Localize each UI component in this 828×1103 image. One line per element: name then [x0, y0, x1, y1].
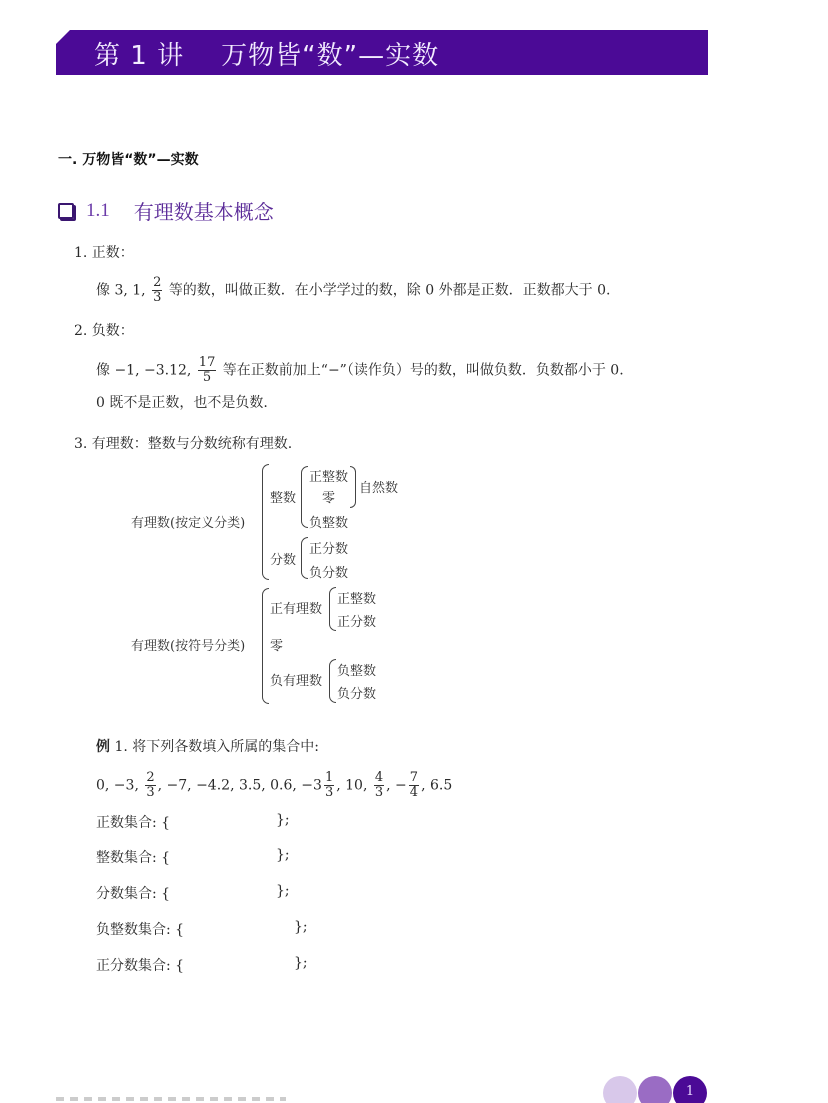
item-2-suffix: 等在正数前加上“−”（读作负）号的数，叫做负数．负数都小于 0. — [223, 363, 624, 379]
denominator: 3 — [145, 786, 155, 800]
set-positive-close: }; — [276, 812, 290, 828]
set-negative-integer-close: }; — [294, 919, 308, 935]
fraction: 23 — [145, 771, 155, 800]
number-text: , 6.5 — [421, 778, 452, 794]
footer-dot-medium — [638, 1076, 672, 1103]
subsection-title: 有理数基本概念 — [134, 196, 274, 225]
subsection-header: 1.1 有理数基本概念 — [58, 196, 274, 225]
chapter-title: 第 1 讲 万物皆“数”—实数 — [94, 35, 439, 72]
tree-node: 零 — [270, 635, 283, 654]
footer-dot-light — [603, 1076, 637, 1103]
tree-leaf: 零 — [322, 487, 335, 506]
square-bullet-icon — [58, 203, 74, 219]
fraction: 23 — [152, 276, 162, 305]
left-brace — [301, 537, 308, 579]
set-fraction-label: 分数集合: { — [96, 883, 170, 903]
page-number-badge: 1 — [673, 1076, 707, 1103]
tree-node: 自然数 — [359, 477, 398, 496]
right-brace — [350, 466, 356, 508]
chapter-banner: 第 1 讲 万物皆“数”—实数 — [56, 30, 708, 75]
left-brace — [301, 466, 308, 528]
example-title: 例 1. 将下列各数填入所属的集合中: — [96, 737, 319, 757]
set-positive-fraction-close: }; — [294, 955, 308, 971]
tree-node: 整数 — [270, 487, 296, 506]
denominator: 5 — [202, 371, 212, 385]
set-integer-close: }; — [276, 847, 290, 863]
item-1-label: 1. 正数： — [74, 243, 134, 263]
number-text: , −7, −4.2, 3.5, 0.6, −3 — [158, 778, 322, 794]
denominator: 3 — [152, 291, 162, 305]
tree-leaf: 正整数 — [337, 588, 376, 607]
section-heading: 一. 万物皆“数”—实数 — [58, 149, 199, 169]
set-negative-integer-label: 负整数集合: { — [96, 919, 184, 939]
set-integer-label: 整数集合: { — [96, 847, 170, 867]
tree-node: 分数 — [270, 549, 296, 568]
fraction: 175 — [198, 356, 217, 385]
tree-leaf: 负整数 — [309, 512, 348, 531]
tree-leaf: 正分数 — [309, 538, 348, 557]
fraction: 13 — [324, 771, 334, 800]
numerator: 1 — [324, 771, 334, 786]
item-2-prefix: 像 −1, −3.12, — [96, 363, 191, 379]
fraction: 74 — [409, 771, 419, 800]
set-positive-fraction-label: 正分数集合: { — [96, 955, 184, 975]
tree-node: 负有理数 — [270, 670, 322, 689]
numerator: 17 — [198, 356, 217, 371]
footer-text — [56, 1097, 286, 1101]
item-1-prefix: 像 3, 1, — [96, 283, 146, 299]
set-fraction-close: }; — [276, 883, 290, 899]
number-text: , − — [386, 778, 407, 794]
item-3-label: 3. 有理数：整数与分数统称有理数. — [74, 434, 292, 454]
example-instruction: 1. 将下列各数填入所属的集合中: — [110, 739, 319, 755]
numerator: 4 — [374, 771, 384, 786]
left-brace — [262, 588, 269, 704]
tree-leaf: 正分数 — [337, 611, 376, 630]
tree-leaf: 负分数 — [337, 683, 376, 702]
number-text: , 10, — [336, 778, 367, 794]
item-1-suffix: 等的数，叫做正数．在小学学过的数，除 0 外都是正数．正数都大于 0. — [169, 283, 611, 299]
tree-root: 有理数(按定义分类) — [131, 512, 245, 531]
left-brace — [262, 464, 269, 580]
numerator: 7 — [409, 771, 419, 786]
numerator: 2 — [152, 276, 162, 291]
tree-leaf: 负分数 — [309, 562, 348, 581]
numerator: 2 — [145, 771, 155, 786]
fraction: 43 — [374, 771, 384, 800]
denominator: 3 — [374, 786, 384, 800]
example-numbers: 0, −3, 23, −7, −4.2, 3.5, 0.6, −313, 10,… — [96, 771, 452, 800]
example-label: 例 — [96, 739, 110, 755]
denominator: 3 — [324, 786, 334, 800]
item-1-text: 像 3, 1, 23 等的数，叫做正数．在小学学过的数，除 0 外都是正数．正数… — [96, 276, 610, 305]
item-2-text: 像 −1, −3.12, 175 等在正数前加上“−”（读作负）号的数，叫做负数… — [96, 356, 624, 385]
tree-root: 有理数(按符号分类) — [131, 635, 245, 654]
denominator: 4 — [409, 786, 419, 800]
tree-leaf: 负整数 — [337, 660, 376, 679]
item-2-label: 2. 负数： — [74, 321, 134, 341]
left-brace — [329, 659, 336, 703]
subsection-number: 1.1 — [86, 200, 110, 222]
item-2-line2: 0 既不是正数，也不是负数. — [96, 393, 268, 413]
set-positive-label: 正数集合: { — [96, 812, 170, 832]
tree-leaf: 正整数 — [309, 466, 348, 485]
tree-node: 正有理数 — [270, 598, 322, 617]
number-text: 0, −3, — [96, 778, 139, 794]
left-brace — [329, 587, 336, 631]
